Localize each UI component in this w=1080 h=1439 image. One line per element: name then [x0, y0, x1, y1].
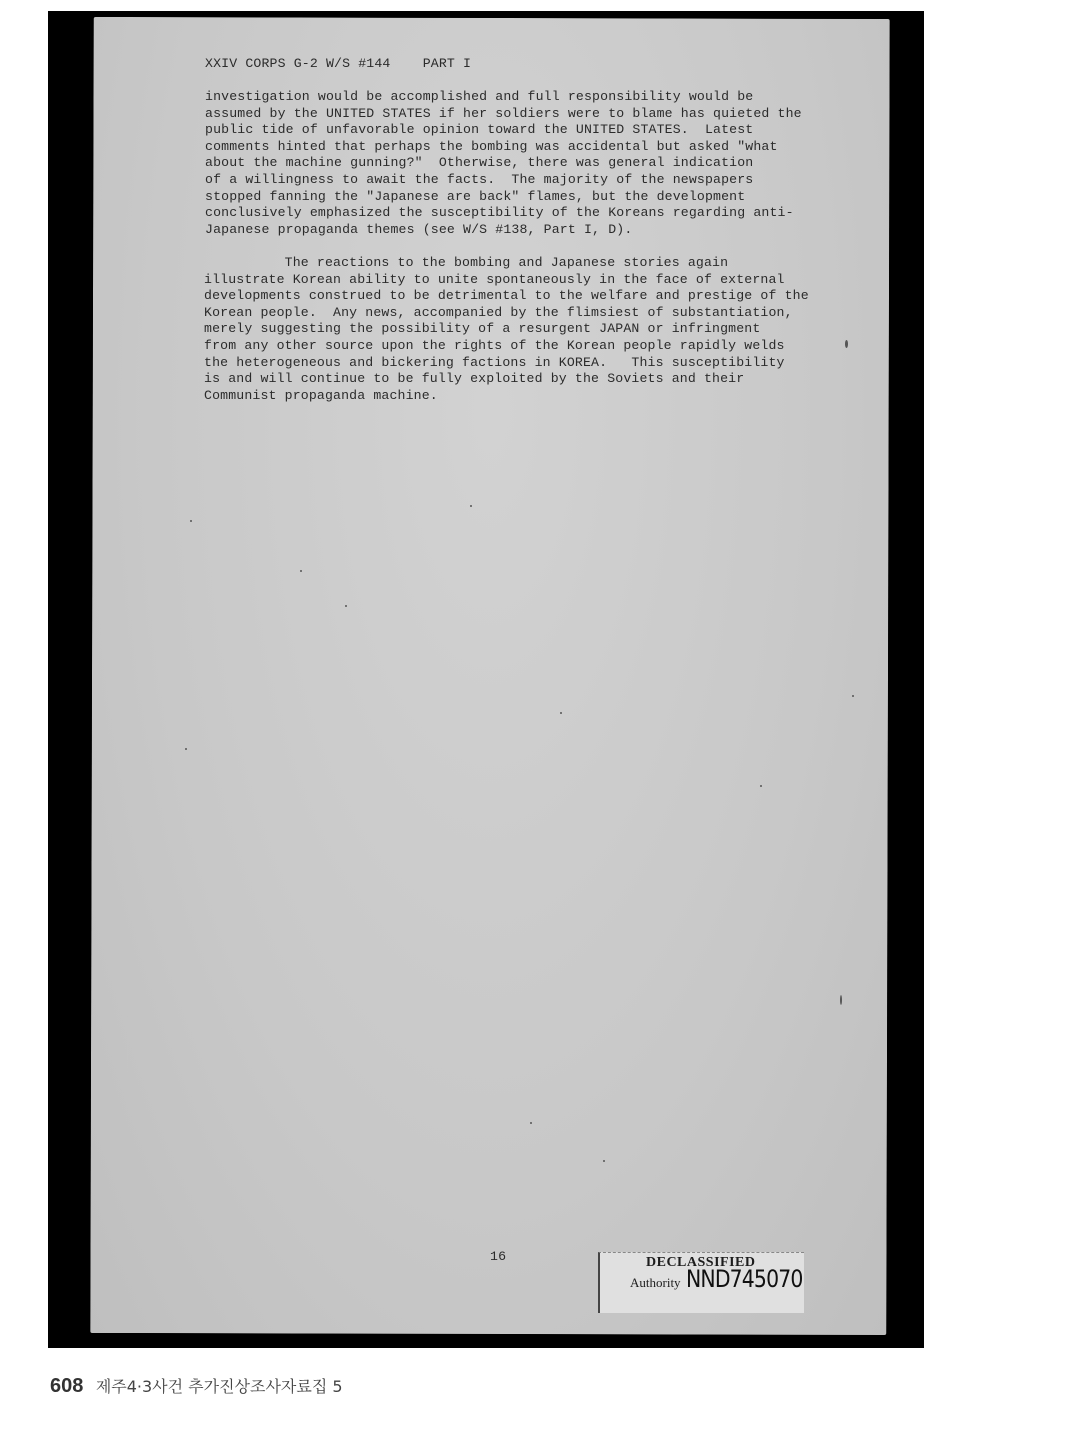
declassified-stamp: DECLASSIFIED Authority NND745070: [598, 1252, 804, 1313]
paragraph-2: The reactions to the bombing and Japanes…: [204, 255, 809, 404]
scan-speck: [760, 785, 762, 787]
scan-speck: [560, 712, 562, 714]
scan-speck: [845, 340, 848, 348]
scan-speck: [530, 1122, 532, 1124]
scan-speck: [300, 570, 302, 572]
scan-speck: [345, 605, 347, 607]
document-header: XXIV CORPS G-2 W/S #144 PART I: [205, 56, 471, 73]
scan-speck: [840, 995, 842, 1005]
scan-speck: [185, 748, 187, 750]
book-title: 제주4·3사건 추가진상조사자료집 5: [96, 1377, 343, 1396]
book-page-number: 608: [50, 1375, 83, 1397]
scan-speck: [852, 695, 854, 697]
paragraph-1: investigation would be accomplished and …: [205, 89, 802, 238]
document-page-number: 16: [490, 1249, 506, 1266]
scan-speck: [190, 520, 192, 522]
scan-speck: [470, 505, 472, 507]
stamp-authority-label: Authority: [630, 1275, 681, 1291]
stamp-authority-value: NND745070: [686, 1265, 802, 1293]
scan-speck: [603, 1160, 605, 1162]
book-footer: 608 제주4·3사건 추가진상조사자료집 5: [50, 1374, 343, 1398]
